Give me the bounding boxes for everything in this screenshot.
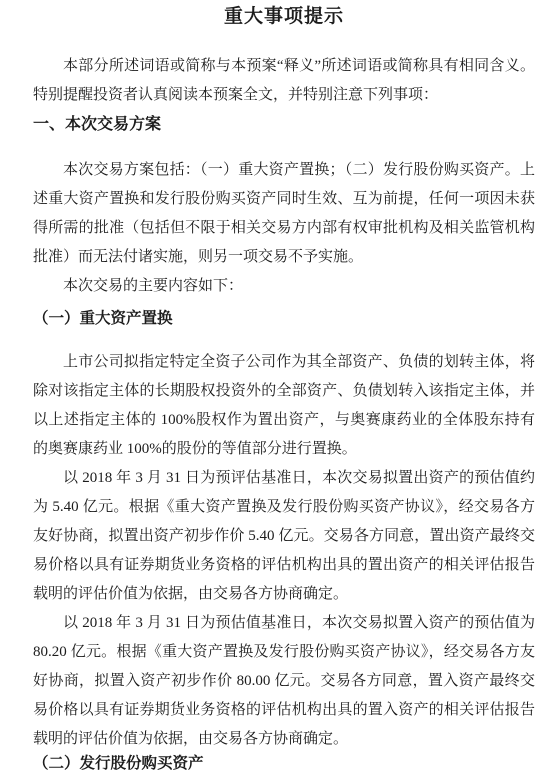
document-title: 重大事项提示 <box>33 4 535 30</box>
paragraph-main-content-lead: 本次交易的主要内容如下： <box>33 272 535 301</box>
paragraph-assets-in-valuation: 以 2018 年 3 月 31 日为预估值基准日，本次交易拟置入资产的预估值为 … <box>33 609 535 754</box>
document-page: 重大事项提示 本部分所述词语或简称与本预案“释义”所述词语或简称具有相同含义。特… <box>0 4 553 780</box>
paragraph-asset-swap-structure: 上市公司拟指定特定全资子公司作为其全部资产、负债的划转主体，将除对该指定主体的长… <box>33 348 535 464</box>
paragraph-scheme-overview: 本次交易方案包括：（一）重大资产置换；（二）发行股份购买资产。上述重大资产置换和… <box>33 156 535 272</box>
subsection-heading-asset-swap: （一）重大资产置换 <box>33 304 535 333</box>
paragraph-assets-out-valuation: 以 2018 年 3 月 31 日为预评估基准日，本次交易拟置出资产的预估值约为… <box>33 464 535 609</box>
section-heading-transaction-scheme: 一、本次交易方案 <box>33 110 535 139</box>
intro-paragraph: 本部分所述词语或简称与本预案“释义”所述词语或简称具有相同含义。特别提醒投资者认… <box>33 52 535 110</box>
